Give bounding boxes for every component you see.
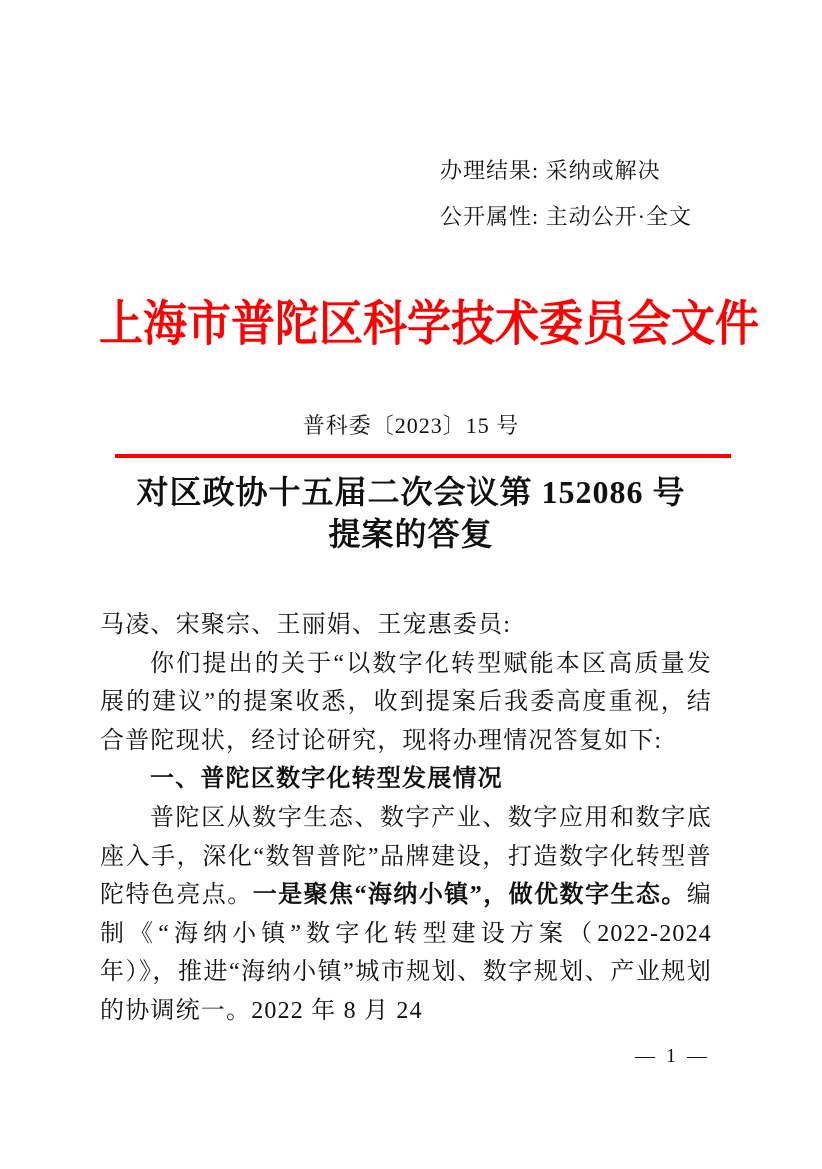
letterhead-title: 上海市普陀区科学技术委员会文件 [18, 284, 822, 354]
red-divider-line [115, 454, 731, 458]
subject-title-line-2: 提案的答复 [0, 513, 822, 555]
section-1-heading: 一、普陀区数字化转型发展情况 [100, 760, 712, 799]
header-meta: 办理结果: 采纳或解决 公开属性: 主动公开·全文 [440, 148, 692, 240]
subject-title-line-1: 对区政协十五届二次会议第 152086 号 [0, 471, 822, 513]
salutation: 马凌、宋聚宗、王丽娟、王宠惠委员: [100, 606, 712, 645]
text-segment-bold: 一是聚焦“海纳小镇”，做优数字生态。 [253, 882, 687, 908]
paragraph-intro: 你们提出的关于“以数字化转型赋能本区高质量发展的建议”的提案收悉，收到提案后我委… [100, 645, 712, 761]
document-number: 普科委〔2023〕15 号 [0, 409, 822, 440]
page-number: — 1 — [635, 1045, 710, 1068]
handling-result-line: 办理结果: 采纳或解决 [440, 148, 692, 194]
document-page: 办理结果: 采纳或解决 公开属性: 主动公开·全文 上海市普陀区科学技术委员会文… [0, 0, 822, 1169]
letter-body: 马凌、宋聚宗、王丽娟、王宠惠委员: 你们提出的关于“以数字化转型赋能本区高质量发… [100, 606, 712, 1031]
subject-title: 对区政协十五届二次会议第 152086 号 提案的答复 [0, 471, 822, 555]
paragraph-development-status: 普陀区从数字生态、数字产业、数字应用和数字底座入手，深化“数智普陀”品牌建设，打… [100, 799, 712, 1031]
publicity-attribute-line: 公开属性: 主动公开·全文 [440, 194, 692, 240]
